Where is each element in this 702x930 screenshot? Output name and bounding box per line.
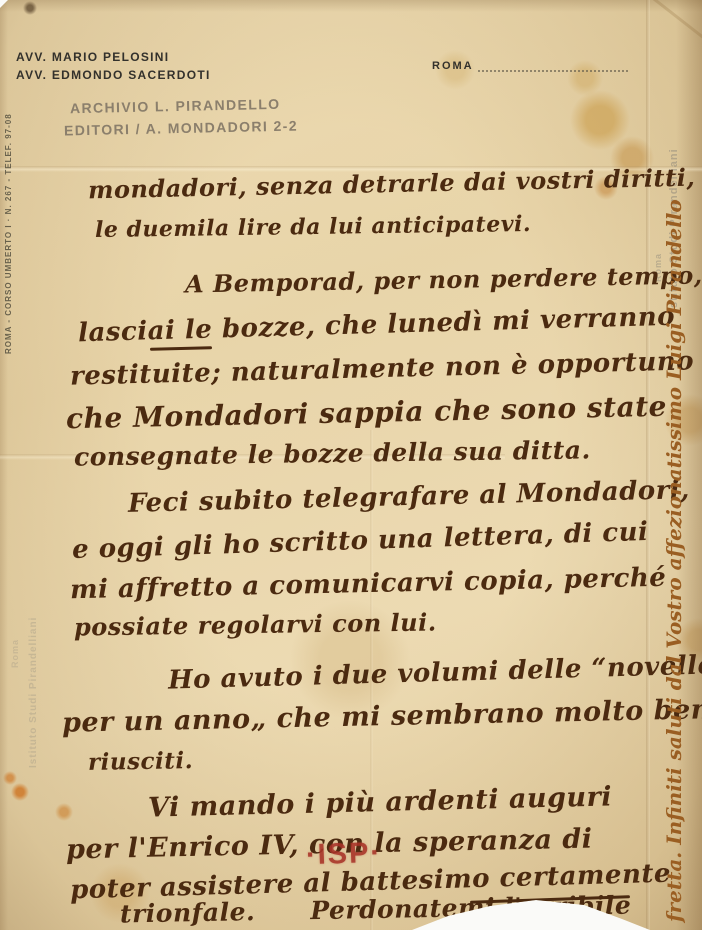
letter-line: possiate regolarvi con lui. (74, 610, 437, 639)
letterhead-side-address: ROMA - CORSO UMBERTO I · N. 267 - TELEF.… (4, 113, 13, 354)
letterhead-name-2: AVV. EDMONDO SACERDOTI (16, 68, 211, 82)
letter-paper: AVV. MARIO PELOSINI AVV. EDMONDO SACERDO… (0, 0, 702, 930)
letter-line: restituite; naturalmente non è opportuno (70, 348, 695, 389)
fold-crease-vertical-1 (646, 0, 650, 930)
ink-underline-bozze (150, 346, 212, 351)
archive-note-line-2: EDITORI / A. MONDADORI 2-2 (64, 118, 298, 139)
archive-note-line-1: ARCHIVIO L. PIRANDELLO (70, 96, 281, 116)
letter-line: consegnate le bozze della sua ditta. (74, 437, 591, 469)
letter-line: mi affretto a comunicarvi copia, perché (70, 565, 667, 603)
letter-line: Ho avuto i due volumi delle “novelle (168, 652, 702, 693)
letterhead-name-1: AVV. MARIO PELOSINI (16, 50, 169, 64)
letter-line: mondadori, senza detrarle dai vostri dir… (88, 166, 696, 203)
letterhead-city: ROMA (432, 60, 628, 72)
letter-line: per un anno„ che mi sembrano molto ben (62, 696, 702, 737)
watermark-institute-left: Istituto Studi Pirandelliani (28, 617, 39, 768)
date-dotted-line (478, 60, 628, 72)
letterhead-city-label: ROMA (432, 60, 474, 72)
letter-line: Vi mando i più ardenti auguri (148, 783, 613, 821)
letter-line: le duemila lire da lui anticipatevi. (95, 213, 531, 241)
letter-line: A Bemporad, per non perdere tempo, (185, 263, 702, 296)
watermark-city-left: Roma (10, 639, 20, 668)
margin-farewell-note: fretta. Infiniti saluti dal Vostro affez… (662, 199, 686, 922)
letter-line: lasciai le bozze, che lunedì mi verranno (78, 304, 676, 347)
letter-line: e oggi gli ho scritto una lettera, di cu… (72, 519, 649, 563)
letter-line: riusciti. (88, 749, 194, 774)
isp-stamp: ·ISP· (305, 837, 382, 873)
paper-edge-top (0, 0, 702, 12)
letter-line: che Mondadori sappia che sono state (66, 393, 667, 434)
letter-line: Feci subito telegrafare al Mondadori, (128, 477, 690, 517)
